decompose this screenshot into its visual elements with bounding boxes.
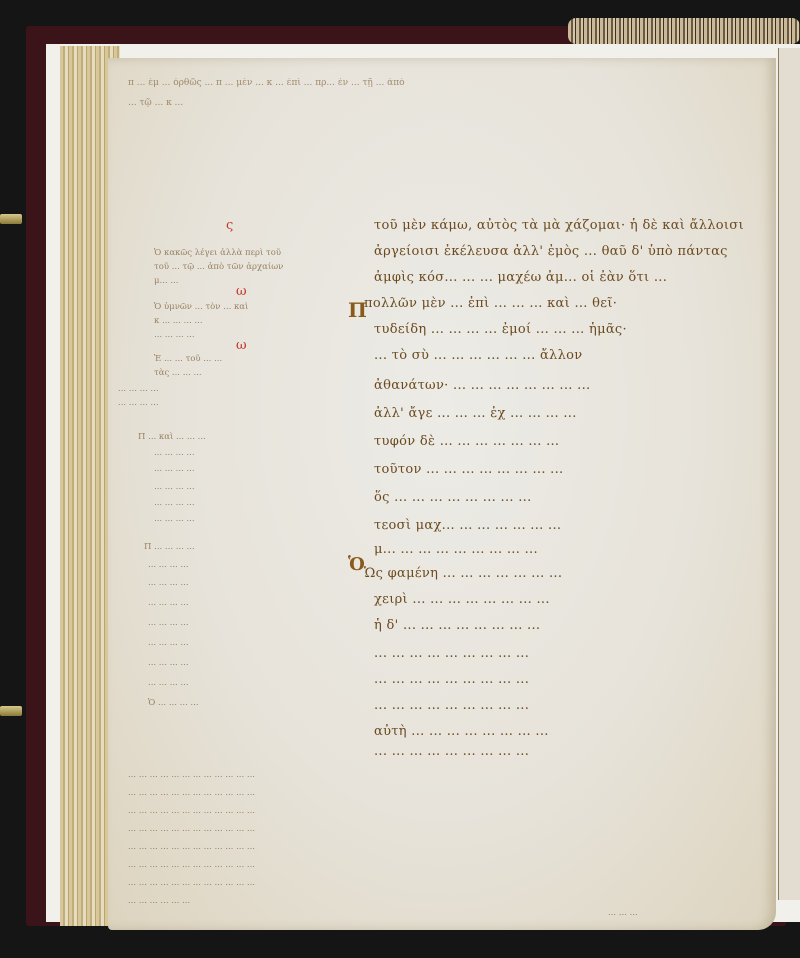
text-line: αὐτὴ ... ... ... ... ... ... ... ... xyxy=(374,724,774,739)
text-line: ... ... ... ... ... ... ... ... ... xyxy=(374,744,774,759)
scholia-line: Ὁ ὑμνῶν ... τὸν ... καὶ xyxy=(154,302,354,312)
text-line: τεοσὶ μαχ... ... ... ... ... ... ... xyxy=(374,518,774,533)
rubric-mark: ω xyxy=(236,284,247,299)
text-line: τυδείδη ... ... ... ... ἐμοί ... ... ...… xyxy=(374,322,774,337)
scholia-line: ... ... ... xyxy=(608,908,728,918)
scholia-line: ... ... ... ... ... ... ... ... ... ... … xyxy=(128,878,758,888)
text-line: ἀμφὶς κόσ... ... ... μαχέω ἀμ... οἱ ἐὰν … xyxy=(374,270,774,285)
text-line: πολλῶν μὲν ... ἐπὶ ... ... ... καὶ ... θ… xyxy=(364,296,774,311)
text-line: ὅς ... ... ... ... ... ... ... ... xyxy=(374,490,774,505)
text-line: ... ... ... ... ... ... ... ... ... xyxy=(374,698,774,713)
manuscript-page: π ... ἐμ ... ὀρθῶς ... π ... μὲν ... κ .… xyxy=(108,58,776,930)
scholia-line: Π ... καὶ ... ... ... xyxy=(138,432,354,442)
text-line: ἀθανάτων· ... ... ... ... ... ... ... ..… xyxy=(374,378,774,393)
scholia-line: Ὁ κακῶς λέγει ἀλλὰ περὶ τοῦ xyxy=(154,248,354,258)
scholia-line: ... ... ... ... ... ... ... ... ... ... … xyxy=(128,770,758,780)
scholia-line: ... ... ... ... ... ... ... ... ... ... … xyxy=(128,860,758,870)
scholia-line: ... ... ... ... ... ... ... ... ... ... … xyxy=(128,806,758,816)
scholia-line: ... ... ... ... xyxy=(118,384,354,394)
text-line: τυφόν δὲ ... ... ... ... ... ... ... xyxy=(374,434,774,449)
text-line: ἀργείοισι ἐκέλευσα ἀλλ' ἐμὸς ... θαῦ δ' … xyxy=(374,244,774,259)
scholia-line: Ὁ ... ... ... ... xyxy=(148,698,354,708)
scholia-line: ... ... ... ... xyxy=(154,330,354,340)
scholia-line: ... ... ... ... ... ... xyxy=(128,896,388,906)
scholia-line: ... ... ... ... xyxy=(148,560,354,570)
scholia-line: ... ... ... ... xyxy=(154,464,354,474)
text-line: τοῦ μὲν κάμω, αὐτὸς τὰ μὰ χάζομαι· ἡ δὲ … xyxy=(374,218,774,233)
scholia-line: ... ... ... ... xyxy=(154,482,354,492)
text-line: ... ... ... ... ... ... ... ... ... xyxy=(374,646,774,661)
scholia-line: ... ... ... ... xyxy=(148,618,354,628)
scholia-line: ... ... ... ... ... ... ... ... ... ... … xyxy=(128,788,758,798)
scholia-line: ... ... ... ... xyxy=(154,498,354,508)
text-line: χειρὶ ... ... ... ... ... ... ... ... xyxy=(374,592,774,607)
clasp-bottom xyxy=(0,706,22,716)
scholia-line: μ... ... xyxy=(154,276,354,286)
scholia-line: ... ... ... ... ... ... ... ... ... ... … xyxy=(128,842,758,852)
text-line: ... ... ... ... ... ... ... ... ... xyxy=(374,672,774,687)
scholia-line: ... ... ... ... xyxy=(148,638,354,648)
facing-leaf-edge xyxy=(778,48,800,900)
scholia-line: ... ... ... ... xyxy=(154,448,354,458)
note-line: π ... ἐμ ... ὀρθῶς ... π ... μὲν ... κ .… xyxy=(128,78,768,88)
clasp-top xyxy=(0,214,22,224)
rubric-mark: ω xyxy=(236,338,247,353)
scholia-line: κ ... ... ... ... xyxy=(154,316,354,326)
scholia-line: ... ... ... ... xyxy=(118,398,354,408)
scholia-line: ... ... ... ... xyxy=(154,514,354,524)
scholia-line: Ἐ ... ... τοῦ ... ... xyxy=(154,354,354,364)
text-line: τοῦτον ... ... ... ... ... ... ... ... xyxy=(374,462,774,477)
text-line: ἡ δ' ... ... ... ... ... ... ... ... xyxy=(374,618,774,633)
rubric-mark: ς xyxy=(226,218,233,233)
text-line: Ὡς φαμένη ... ... ... ... ... ... ... xyxy=(364,566,774,581)
scholia-line: ... ... ... ... xyxy=(148,678,354,688)
text-line: ... τὸ σὺ ... ... ... ... ... ... ἄλλον xyxy=(374,348,774,363)
text-line: μ... ... ... ... ... ... ... ... ... xyxy=(374,542,774,557)
scholia-line: ... ... ... ... xyxy=(148,658,354,668)
scholia-line: τοῦ ... τῷ ... ἀπὸ τῶν ἀρχαίων xyxy=(154,262,354,272)
scholia-line: ... ... ... ... xyxy=(148,578,354,588)
scholia-line: τὰς ... ... ... xyxy=(154,368,354,378)
decorated-initial: Ὁ xyxy=(348,554,365,575)
scholia-line: ... ... ... ... xyxy=(148,598,354,608)
text-line: ἀλλ' ἄγε ... ... ... ἐχ ... ... ... ... xyxy=(374,406,774,421)
note-line: ... τῷ ... κ ... xyxy=(128,98,328,108)
scholia-line: Π ... ... ... ... xyxy=(144,542,354,552)
scholia-line: ... ... ... ... ... ... ... ... ... ... … xyxy=(128,824,758,834)
headband xyxy=(568,18,800,44)
